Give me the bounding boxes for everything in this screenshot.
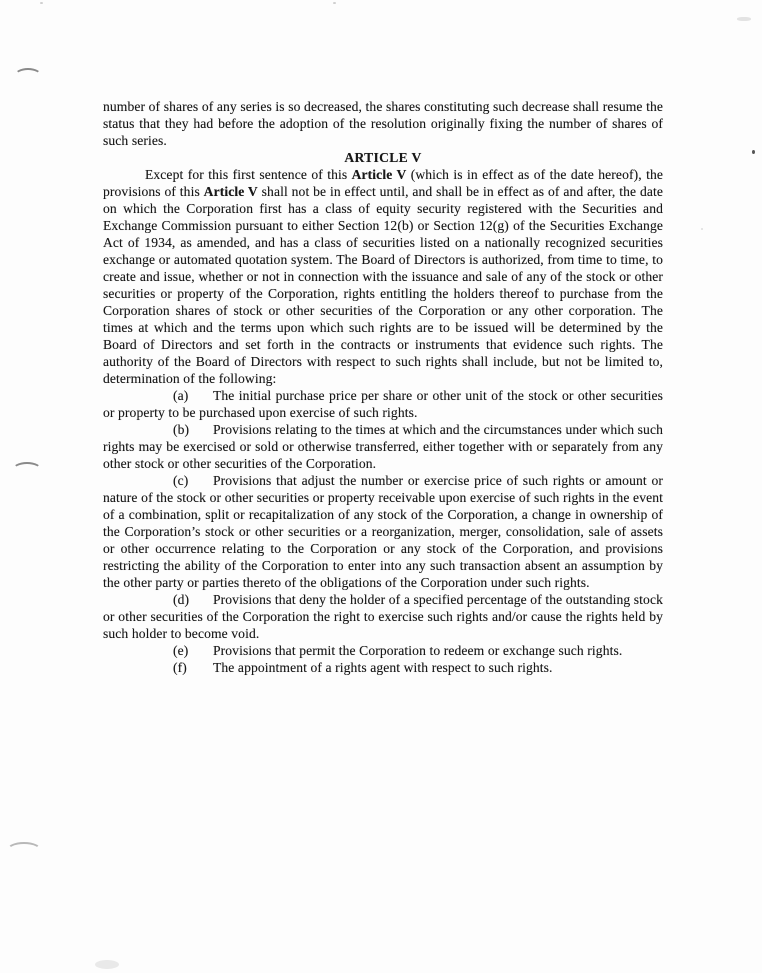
- list-item-a: (a)The initial purchase price per share …: [103, 387, 663, 421]
- item-text: Provisions that permit the Corporation t…: [213, 643, 622, 658]
- item-text: The appointment of a rights agent with r…: [213, 660, 553, 675]
- scan-speck: [40, 2, 43, 4]
- item-letter: (c): [173, 472, 213, 489]
- scanned-document-page: number of shares of any series is so dec…: [0, 0, 762, 973]
- binder-arc-mark: [6, 842, 42, 860]
- list-item-c: (c)Provisions that adjust the number or …: [103, 472, 663, 591]
- intro-text: Except for this first sentence of this: [145, 167, 352, 182]
- scan-speck: [333, 2, 336, 4]
- article-heading: ARTICLE V: [103, 149, 663, 166]
- list-item-d: (d)Provisions that deny the holder of a …: [103, 591, 663, 642]
- article-intro-paragraph: Except for this first sentence of this A…: [103, 166, 663, 387]
- document-text-column: number of shares of any series is so dec…: [103, 98, 663, 676]
- intro-text: shall not be in effect until, and shall …: [103, 184, 663, 386]
- item-letter: (d): [173, 591, 213, 608]
- scan-speck: [737, 17, 751, 21]
- list-item-e: (e)Provisions that permit the Corporatio…: [103, 642, 663, 659]
- continuation-paragraph: number of shares of any series is so dec…: [103, 98, 663, 149]
- item-letter: (a): [173, 387, 213, 404]
- item-letter: (f): [173, 659, 213, 676]
- item-text: Provisions that adjust the number or exe…: [103, 473, 663, 590]
- binder-arc-mark: [12, 462, 42, 478]
- scan-smudge: [95, 960, 119, 969]
- scan-speck: [701, 228, 703, 230]
- item-letter: (b): [173, 421, 213, 438]
- intro-bold-article-v: Article V: [204, 184, 258, 199]
- binder-arc-mark: [14, 68, 42, 84]
- intro-bold-article-v: Article V: [352, 167, 407, 182]
- scan-speck: [752, 150, 755, 154]
- item-letter: (e): [173, 642, 213, 659]
- list-item-b: (b)Provisions relating to the times at w…: [103, 421, 663, 472]
- list-item-f: (f)The appointment of a rights agent wit…: [103, 659, 663, 676]
